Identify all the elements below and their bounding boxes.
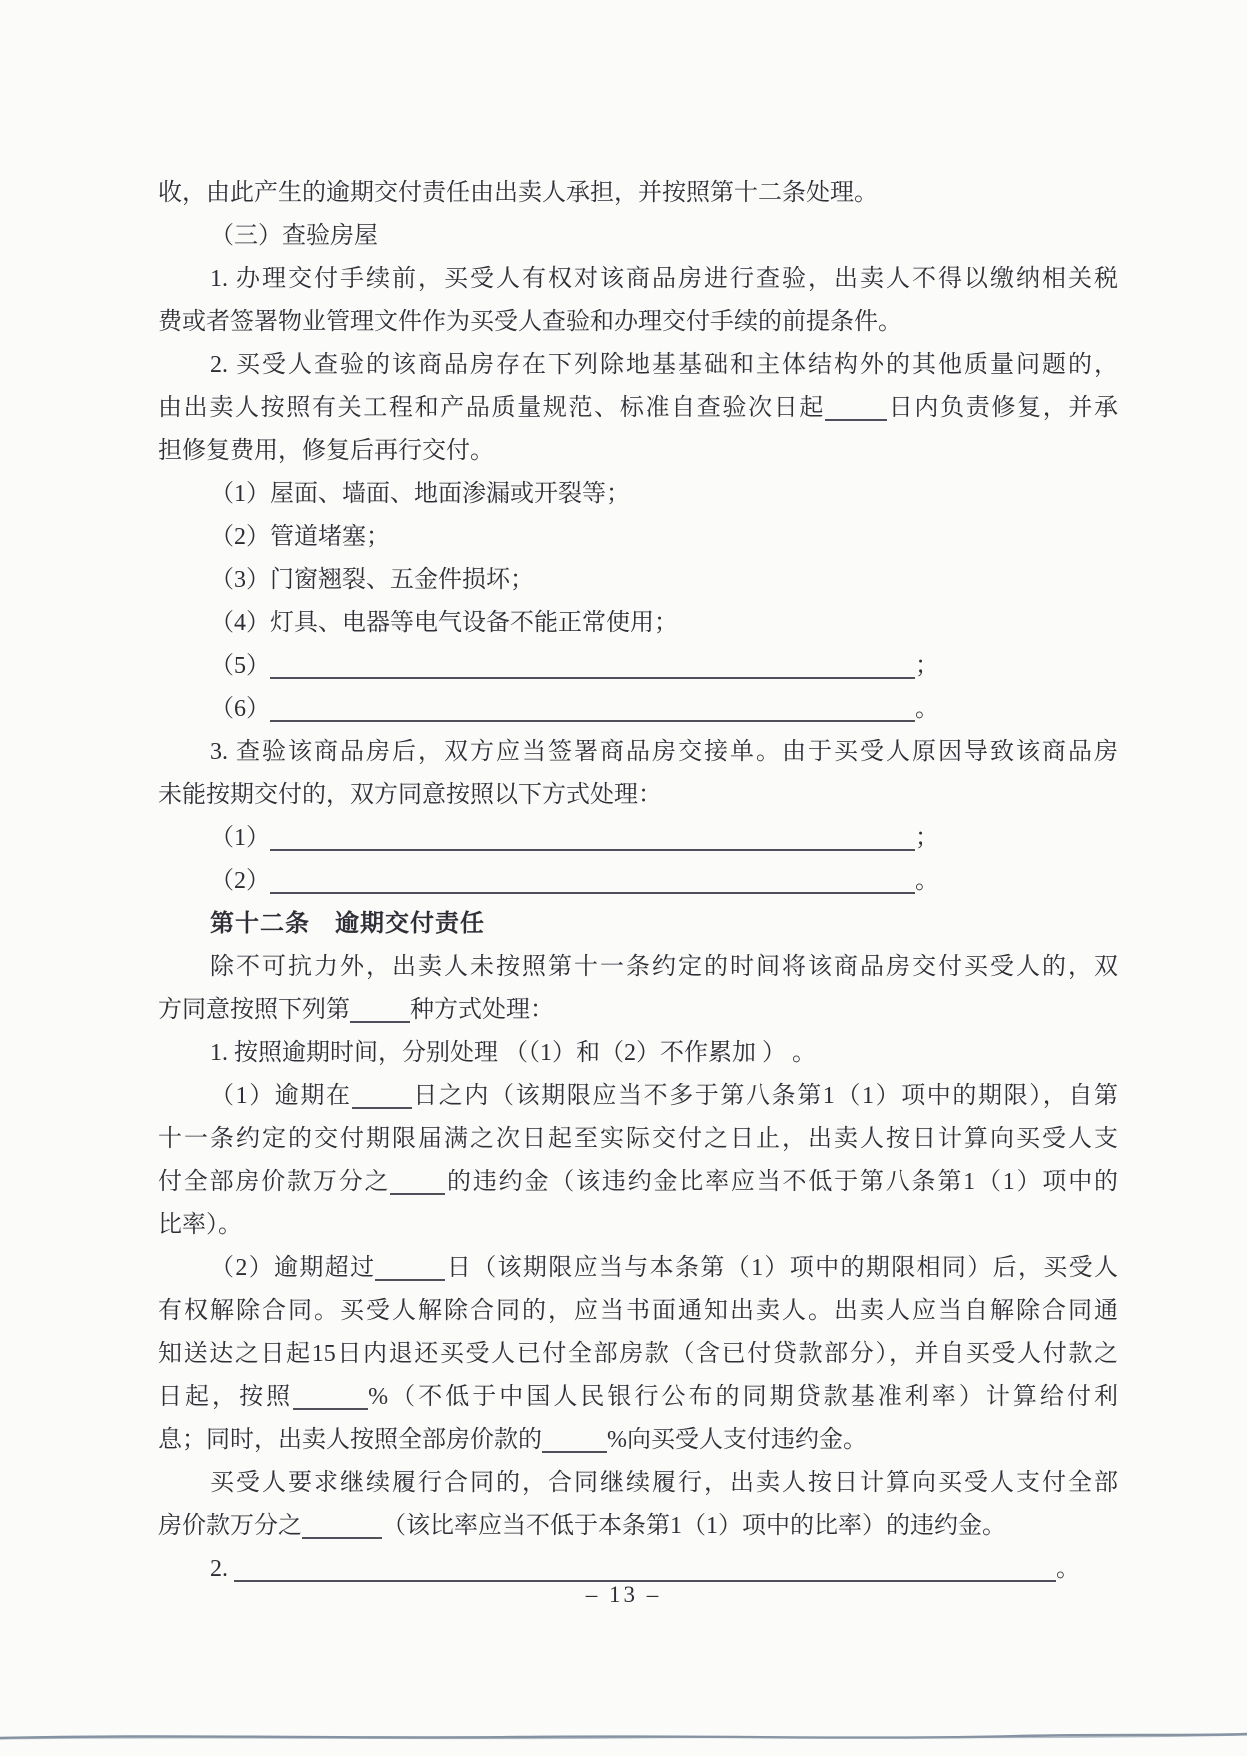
- text-segment: （4）灯具、电器等电气设备不能正常使用；: [210, 610, 678, 636]
- text-line: 除不可抗力外，出卖人未按照第十一条约定的时间将该商品房交付买受人的，双: [158, 946, 1118, 989]
- text-segment: ；: [915, 653, 939, 679]
- fill-in-blank: [390, 1181, 445, 1195]
- text-line: （三）查验房屋: [158, 215, 1118, 258]
- text-line: 付全部房价款万分之的违约金（该违约金比率应当不低于第八条第1（1）项中的: [158, 1161, 1118, 1204]
- text-line: 知送达之日起15日内退还买受人已付全部房款（含已付贷款部分），并自买受人付款之: [158, 1333, 1118, 1376]
- text-segment: 付全部房价款万分之: [158, 1169, 390, 1195]
- fill-in-blank: [293, 1396, 368, 1410]
- text-line: 3. 查验该商品房后，双方应当签署商品房交接单。由于买受人原因导致该商品房: [158, 731, 1118, 774]
- fill-in-blank: [825, 407, 887, 421]
- text-line: （3）门窗翘裂、五金件损坏；: [158, 559, 1118, 602]
- text-segment: 。: [915, 696, 939, 722]
- text-line: （1）逾期在日之内（该期限应当不多于第八条第1（1）项中的期限），自第: [158, 1075, 1118, 1118]
- text-segment: 2. 买受人查验的该商品房存在下列除地基基础和主体结构外的其他质量问题的，: [210, 352, 1118, 378]
- fill-in-blank: [375, 1267, 445, 1281]
- text-segment: 费或者签署物业管理文件作为买受人查验和办理交付手续的前提条件。: [158, 309, 902, 335]
- text-segment: 。: [1056, 1556, 1080, 1582]
- text-segment: （三）查验房屋: [210, 223, 378, 249]
- text-segment: （该比率应当不低于本条第1（1）项中的比率）的违约金。: [382, 1513, 1006, 1539]
- fill-in-blank: [542, 1439, 607, 1453]
- text-line: （5）；: [158, 645, 1118, 688]
- text-line: （6）。: [158, 688, 1118, 731]
- text-segment: （2）逾期超过: [210, 1255, 375, 1281]
- fill-in-blank: [234, 1568, 1056, 1582]
- text-line: 买受人要求继续履行合同的，合同继续履行，出卖人按日计算向买受人支付全部: [158, 1462, 1118, 1505]
- text-segment: 日起，按照: [158, 1384, 293, 1410]
- text-segment: 担修复费用，修复后再行交付。: [158, 438, 494, 464]
- contract-page: 收，由此产生的逾期交付责任由出卖人承担，并按照第十二条处理。（三）查验房屋1. …: [0, 0, 1247, 1756]
- text-line: 费或者签署物业管理文件作为买受人查验和办理交付手续的前提条件。: [158, 301, 1118, 344]
- text-segment: 1. 按照逾期时间，分别处理 （（1）和（2）不作累加 ） 。: [210, 1040, 816, 1066]
- text-segment: 收，由此产生的逾期交付责任由出卖人承担，并按照第十二条处理。: [158, 180, 878, 206]
- scan-edge-line: [0, 1724, 1247, 1748]
- text-segment: 3. 查验该商品房后，双方应当签署商品房交接单。由于买受人原因导致该商品房: [210, 739, 1118, 765]
- text-segment: 息；同时，出卖人按照全部房价款的: [158, 1427, 542, 1453]
- clause-heading-line: 第十二条 逾期交付责任: [158, 903, 1118, 946]
- text-segment: 未能按期交付的，双方同意按照以下方式处理：: [158, 782, 662, 808]
- text-segment: 比率）。: [158, 1212, 242, 1238]
- text-line: 比率）。: [158, 1204, 1118, 1247]
- text-line: 2. 买受人查验的该商品房存在下列除地基基础和主体结构外的其他质量问题的，: [158, 344, 1118, 387]
- text-segment: 方同意按照下列第: [158, 997, 350, 1023]
- text-line: 有权解除合同。买受人解除合同的，应当书面通知出卖人。出卖人应当自解除合同通: [158, 1290, 1118, 1333]
- text-segment: 日（该期限应当与本条第（1）项中的期限相同）后，买受人: [445, 1255, 1118, 1281]
- text-line: 息；同时，出卖人按照全部房价款的%向买受人支付违约金。: [158, 1419, 1118, 1462]
- page-number: – 13 –: [0, 1582, 1247, 1608]
- text-line: 日起，按照%（不低于中国人民银行公布的同期贷款基准利率）计算给付利: [158, 1376, 1118, 1419]
- fill-in-blank: [270, 665, 915, 679]
- text-segment: 的违约金（该违约金比率应当不低于第八条第1（1）项中的: [445, 1169, 1118, 1195]
- text-line: 收，由此产生的逾期交付责任由出卖人承担，并按照第十二条处理。: [158, 172, 1118, 215]
- text-line: 由出卖人按照有关工程和产品质量规范、标准自查验次日起日内负责修复，并承: [158, 387, 1118, 430]
- text-segment: 买受人要求继续履行合同的，合同继续履行，出卖人按日计算向买受人支付全部: [210, 1470, 1118, 1496]
- text-segment: 2.: [210, 1556, 234, 1582]
- text-line: 1. 按照逾期时间，分别处理 （（1）和（2）不作累加 ） 。: [158, 1032, 1118, 1075]
- text-segment: （1）屋面、墙面、地面渗漏或开裂等；: [210, 481, 630, 507]
- text-segment: %向买受人支付违约金。: [607, 1427, 867, 1453]
- text-segment: （2）: [210, 868, 270, 894]
- text-segment: 有权解除合同。买受人解除合同的，应当书面通知出卖人。出卖人应当自解除合同通: [158, 1298, 1118, 1324]
- fill-in-blank: [350, 1009, 410, 1023]
- text-segment: 十一条约定的交付期限届满之次日起至实际交付之日止，出卖人按日计算向买受人支: [158, 1126, 1118, 1152]
- text-line: 房价款万分之（该比率应当不低于本条第1（1）项中的比率）的违约金。: [158, 1505, 1118, 1548]
- text-segment: 。: [915, 868, 939, 894]
- fill-in-blank: [270, 837, 915, 851]
- fill-in-blank: [302, 1525, 382, 1539]
- document-body: 收，由此产生的逾期交付责任由出卖人承担，并按照第十二条处理。（三）查验房屋1. …: [158, 172, 1118, 1591]
- text-segment: （1）: [210, 825, 270, 851]
- text-line: 担修复费用，修复后再行交付。: [158, 430, 1118, 473]
- text-line: （2）管道堵塞；: [158, 516, 1118, 559]
- text-line: 未能按期交付的，双方同意按照以下方式处理：: [158, 774, 1118, 817]
- text-segment: 除不可抗力外，出卖人未按照第十一条约定的时间将该商品房交付买受人的，双: [210, 954, 1118, 980]
- fill-in-blank: [270, 708, 915, 722]
- text-segment: 日之内（该期限应当不多于第八条第1（1）项中的期限），自第: [412, 1083, 1118, 1109]
- text-segment: 由出卖人按照有关工程和产品质量规范、标准自查验次日起: [158, 395, 825, 421]
- text-segment: （1）逾期在: [210, 1083, 352, 1109]
- text-line: （2）。: [158, 860, 1118, 903]
- text-line: 十一条约定的交付期限届满之次日起至实际交付之日止，出卖人按日计算向买受人支: [158, 1118, 1118, 1161]
- text-segment: （6）: [210, 696, 270, 722]
- text-line: （4）灯具、电器等电气设备不能正常使用；: [158, 602, 1118, 645]
- text-line: （1）屋面、墙面、地面渗漏或开裂等；: [158, 473, 1118, 516]
- text-line: 方同意按照下列第种方式处理：: [158, 989, 1118, 1032]
- text-segment: ；: [915, 825, 939, 851]
- text-segment: 房价款万分之: [158, 1513, 302, 1539]
- text-segment: （2）管道堵塞；: [210, 524, 390, 550]
- text-segment: （5）: [210, 653, 270, 679]
- text-line: 1. 办理交付手续前，买受人有权对该商品房进行查验，出卖人不得以缴纳相关税: [158, 258, 1118, 301]
- text-segment: 知送达之日起15日内退还买受人已付全部房款（含已付贷款部分），并自买受人付款之: [158, 1341, 1118, 1367]
- text-line: （1）；: [158, 817, 1118, 860]
- text-segment: 第十二条 逾期交付责任: [210, 911, 485, 937]
- fill-in-blank: [352, 1095, 412, 1109]
- text-line: （2）逾期超过日（该期限应当与本条第（1）项中的期限相同）后，买受人: [158, 1247, 1118, 1290]
- text-segment: 种方式处理：: [410, 997, 554, 1023]
- text-segment: 1. 办理交付手续前，买受人有权对该商品房进行查验，出卖人不得以缴纳相关税: [210, 266, 1118, 292]
- fill-in-blank: [270, 880, 915, 894]
- text-segment: %（不低于中国人民银行公布的同期贷款基准利率）计算给付利: [368, 1384, 1118, 1410]
- text-segment: （3）门窗翘裂、五金件损坏；: [210, 567, 534, 593]
- text-segment: 日内负责修复，并承: [887, 395, 1118, 421]
